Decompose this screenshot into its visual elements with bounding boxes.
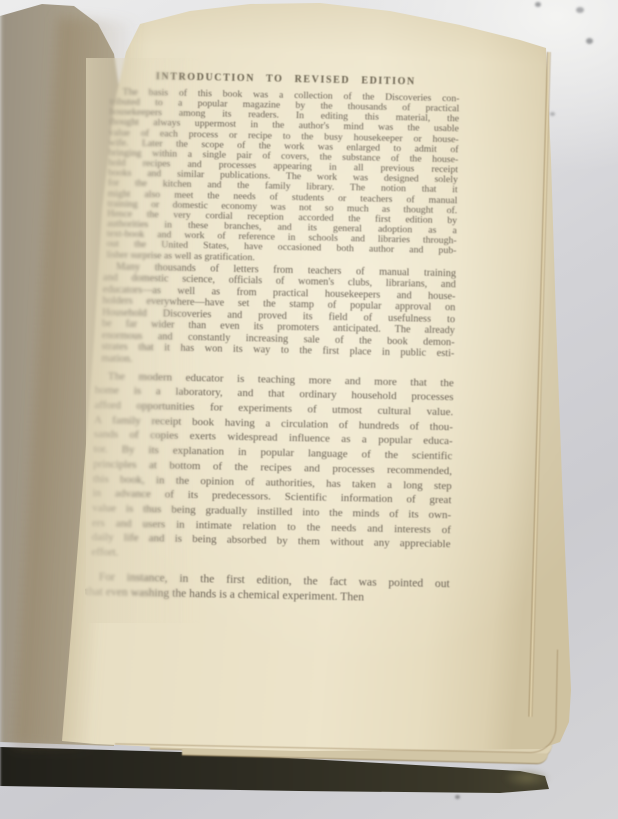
paragraphs-container: The basis of this book was a collection … (85, 87, 459, 606)
background-speck (586, 38, 593, 44)
photo-of-open-book: INTRODUCTION TO REVISED EDITION The basi… (0, 0, 618, 819)
background-speck (550, 112, 555, 116)
background-speck (576, 7, 584, 13)
worn-cover-patch (503, 768, 551, 788)
background-speck (535, 2, 541, 7)
background-speck (455, 795, 460, 799)
page-text: INTRODUCTION TO REVISED EDITION The basi… (85, 70, 460, 606)
under-page-outline (115, 640, 558, 753)
paragraph: The basis of this book was a collection … (92, 87, 459, 267)
paragraph: The modern educator is teaching more and… (86, 369, 454, 567)
paragraph: Many thousands of letters from teachers … (90, 261, 456, 372)
